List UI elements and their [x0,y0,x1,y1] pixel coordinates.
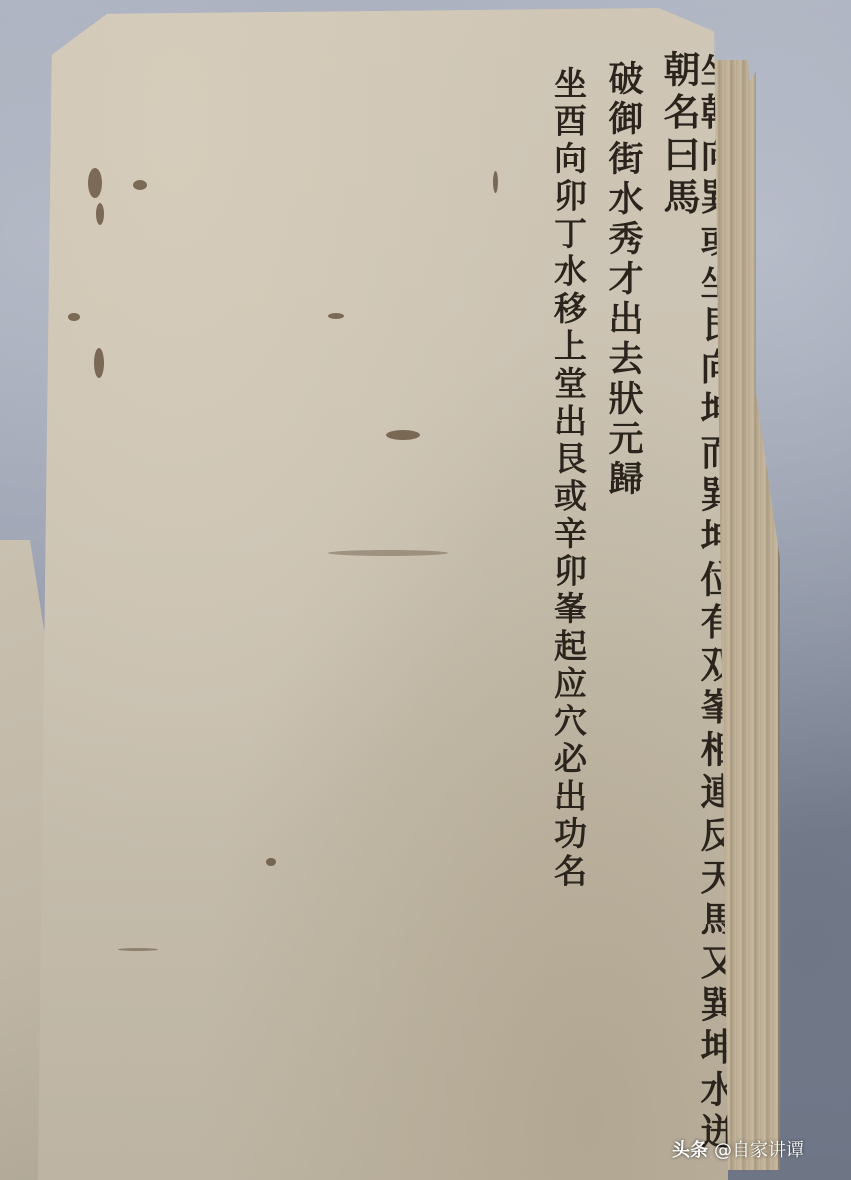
watermark: 头条 @自家讲谭 [672,1136,804,1162]
manuscript-column-2: 破御街水秀才出去狀元歸 [606,60,641,500]
ink-stain [328,313,344,319]
ink-stain [68,313,80,321]
ink-stain [493,171,498,193]
ink-stain [266,858,276,866]
ink-stain [386,430,420,440]
ink-stain [96,203,104,225]
ink-stain [94,348,104,378]
ink-stain [133,180,147,190]
watermark-brand: 头条 [672,1136,708,1162]
watermark-handle: @自家讲谭 [714,1136,804,1162]
ink-stain [88,168,102,198]
manuscript-column-3: 坐酉向卯丁水移上堂出艮或辛卯峯起应穴必出功名 [552,66,585,891]
ink-stain [118,948,158,951]
manuscript-page: 坐乾向巽或坐艮向坤而巽坤位有双峯相連反天馬又巽坤水迸朝名曰馬 破御街水秀才出去狀… [38,8,728,1180]
ink-stain [328,550,448,556]
